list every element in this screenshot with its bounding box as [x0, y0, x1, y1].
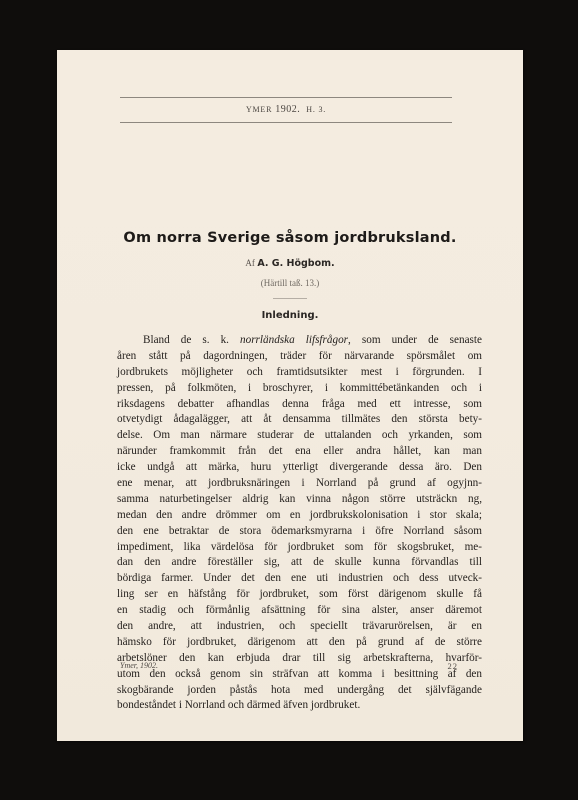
byline: Af A. G. Högbom. — [57, 258, 523, 269]
text-line: hämsko för jordbruket, därigenom att den… — [117, 635, 482, 651]
text-line: riksdagens debatter afhandlas denna fråg… — [117, 397, 482, 413]
section-divider — [273, 298, 307, 299]
emphasized-phrase: norrländska lifsfrågor — [240, 334, 348, 346]
text-line: Bland de s. k. norrländska lifsfrågor, s… — [117, 333, 482, 349]
text-line: den andre, att industrien, och speciellt… — [117, 619, 482, 635]
text-line: medan den andre drömmer om en jordbruksk… — [117, 508, 482, 524]
body-paragraph: Bland de s. k. norrländska lifsfrågor, s… — [117, 333, 482, 714]
text-line: jordbrukets möjligheter och framtidsutsi… — [117, 365, 482, 381]
text-line: ene menar, att jordbruksnäringen i Norrl… — [117, 476, 482, 492]
text-line: delse. Om man närmare studerar de uttala… — [117, 428, 482, 444]
text-line: närunder framkommit från det ena eller a… — [117, 444, 482, 460]
text-line: bördiga farmer. Under det den ene uti in… — [117, 571, 482, 587]
article-title: Om norra Sverige såsom jordbruksland. — [57, 230, 523, 246]
text-line: skogbärande jorden påstås hota med under… — [117, 683, 482, 699]
text-line: samma naturbetingelser aldrig kan vinna … — [117, 492, 482, 508]
plate-note: (Härtill taß. 13.) — [57, 278, 523, 288]
text-line: impediment, lika värdelösa för jordbruke… — [117, 540, 482, 556]
text-line: ling ser en häfstång för jordbruket, som… — [117, 587, 482, 603]
journal-name: YMER — [246, 105, 272, 114]
byline-prefix: Af — [245, 258, 255, 268]
text-line: pressen, på folkmöten, i broschyrer, i k… — [117, 381, 482, 397]
page-number: 22 — [448, 661, 459, 671]
text-line: en stadig och förmånlig afsättning för s… — [117, 603, 482, 619]
text-line: den ene betraktar de stora ödemarksmyrar… — [117, 524, 482, 540]
page-footer: Ymer, 1902. 22 — [120, 661, 458, 670]
section-heading: Inledning. — [57, 310, 523, 321]
running-head-text: YMER 1902. H. 3. — [120, 104, 452, 116]
footer-journal: Ymer, 1902. — [120, 661, 158, 670]
running-head: YMER 1902. H. 3. — [120, 97, 452, 123]
document-page: YMER 1902. H. 3. Om norra Sverige såsom … — [57, 50, 523, 741]
author-name: A. G. Högbom. — [257, 258, 334, 269]
issue-number: H. 3. — [306, 105, 326, 114]
text-line: icke undgå att märka, huru ytterligt div… — [117, 460, 482, 476]
text-line: dan den andre föreställer sig, att de sk… — [117, 555, 482, 571]
header-rule-bottom — [120, 122, 452, 123]
journal-year: 1902. — [275, 104, 300, 115]
text-line: bondeståndet i Norrland och därmed äfven… — [117, 698, 482, 714]
text-line: åren stått på dagordningen, träder för n… — [117, 349, 482, 365]
header-rule-top — [120, 97, 452, 98]
text-line: otvetydigt ådagalägger, att åt densamma … — [117, 412, 482, 428]
